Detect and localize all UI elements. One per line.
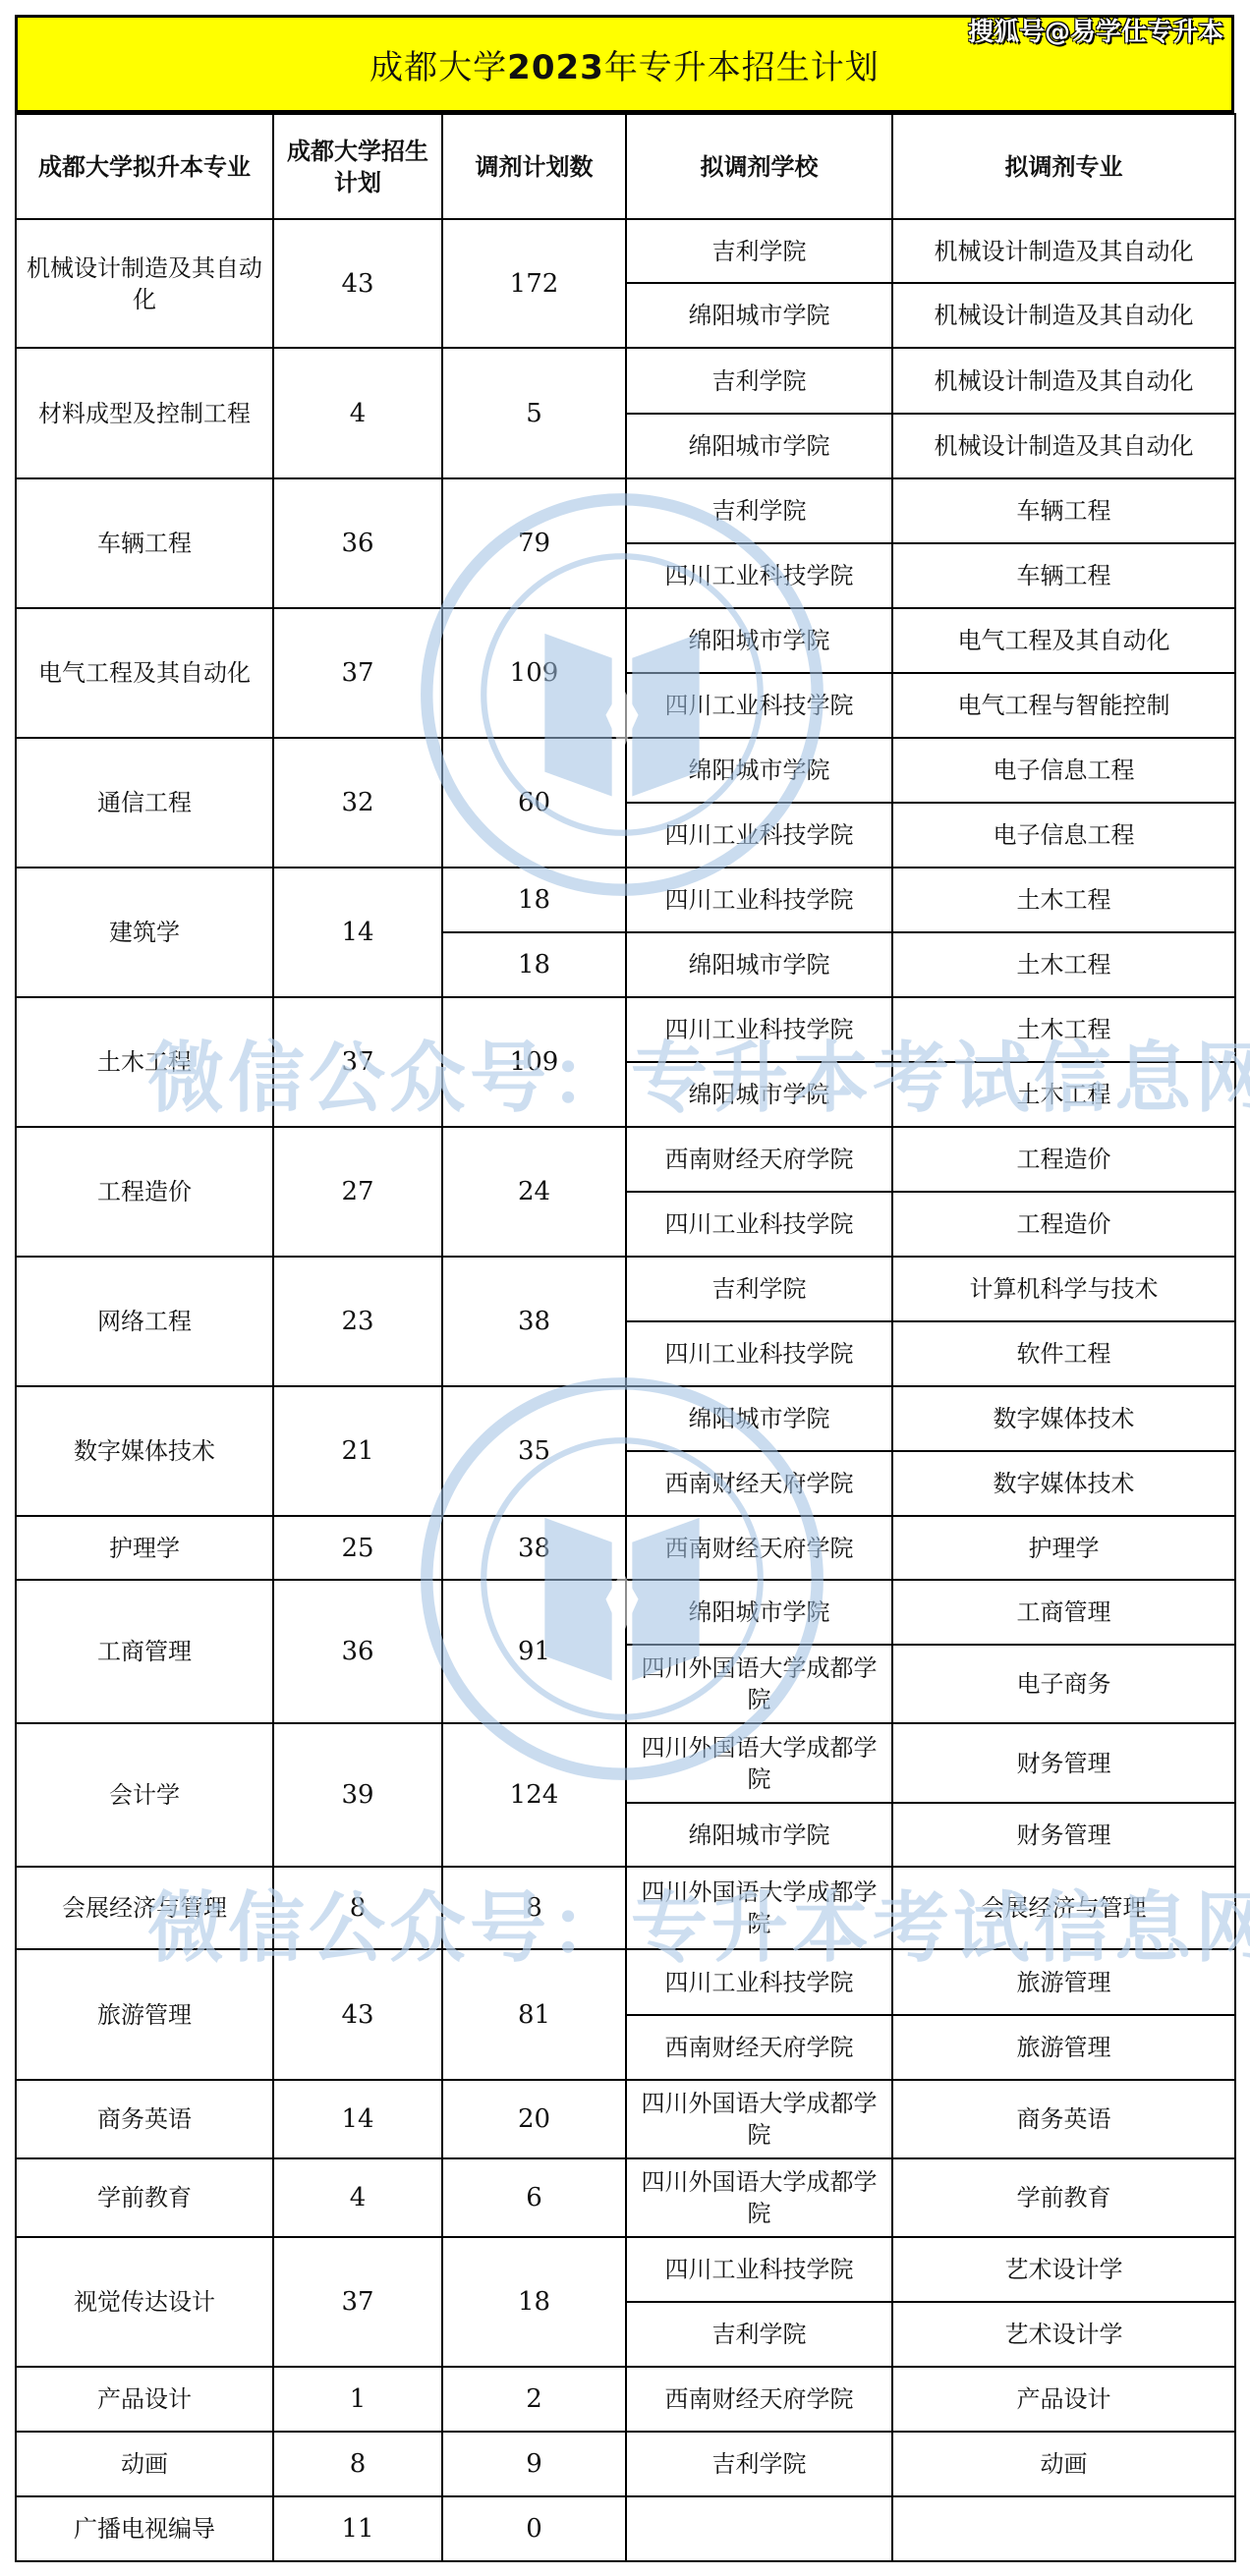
table-row: 会展经济与管理88四川外国语大学成都学院会展经济与管理 (16, 1867, 1235, 1949)
cell-major: 工商管理 (16, 1580, 273, 1723)
cell-school: 绵阳城市学院 (626, 414, 892, 478)
cell-target-major: 会展经济与管理 (892, 1867, 1235, 1949)
cell-school: 四川工业科技学院 (626, 803, 892, 868)
cell-target-major: 机械设计制造及其自动化 (892, 283, 1235, 348)
cell-school: 四川外国语大学成都学院 (626, 2158, 892, 2237)
enrollment-plan-sheet: 成都大学2023年专升本招生计划 搜狐号@易学仕专升本 成都大学拟升本专业 成都… (15, 15, 1234, 2562)
cell-major: 护理学 (16, 1516, 273, 1580)
cell-target-major: 数字媒体技术 (892, 1451, 1235, 1516)
enrollment-table: 成都大学拟升本专业 成都大学招生计划 调剂计划数 拟调剂学校 拟调剂专业 机械设… (15, 113, 1236, 2562)
cell-target-major: 工程造价 (892, 1192, 1235, 1257)
corner-watermark: 搜狐号@易学仕专升本 (968, 12, 1223, 48)
cell-major: 会计学 (16, 1723, 273, 1867)
cell-adjust: 38 (442, 1516, 626, 1580)
cell-plan: 43 (273, 1949, 442, 2080)
cell-target-major: 财务管理 (892, 1723, 1235, 1803)
cell-major: 建筑学 (16, 868, 273, 997)
cell-target-major: 学前教育 (892, 2158, 1235, 2237)
cell-school: 绵阳城市学院 (626, 932, 892, 997)
table-row: 网络工程2338吉利学院计算机科学与技术 (16, 1257, 1235, 1321)
cell-school: 西南财经天府学院 (626, 2367, 892, 2432)
table-row: 工程造价2724西南财经天府学院工程造价 (16, 1127, 1235, 1192)
cell-target-major: 艺术设计学 (892, 2237, 1235, 2302)
cell-adjust: 8 (442, 1867, 626, 1949)
cell-plan: 4 (273, 2158, 442, 2237)
cell-school: 四川工业科技学院 (626, 543, 892, 608)
cell-plan: 37 (273, 997, 442, 1127)
cell-major: 视觉传达设计 (16, 2237, 273, 2367)
table-row: 护理学2538西南财经天府学院护理学 (16, 1516, 1235, 1580)
table-row: 电气工程及其自动化37109绵阳城市学院电气工程及其自动化 (16, 608, 1235, 673)
cell-school: 四川外国语大学成都学院 (626, 1723, 892, 1803)
header-adjust: 调剂计划数 (442, 114, 626, 219)
cell-adjust: 38 (442, 1257, 626, 1386)
header-target-major: 拟调剂专业 (892, 114, 1235, 219)
cell-school: 四川外国语大学成都学院 (626, 2080, 892, 2158)
cell-plan: 1 (273, 2367, 442, 2432)
cell-plan: 4 (273, 348, 442, 478)
cell-school: 吉利学院 (626, 478, 892, 543)
table-row: 会计学39124四川外国语大学成都学院财务管理 (16, 1723, 1235, 1803)
cell-target-major: 产品设计 (892, 2367, 1235, 2432)
cell-adjust: 124 (442, 1723, 626, 1867)
cell-target-major: 机械设计制造及其自动化 (892, 414, 1235, 478)
cell-school: 四川外国语大学成都学院 (626, 1867, 892, 1949)
cell-school: 西南财经天府学院 (626, 2015, 892, 2080)
cell-major: 学前教育 (16, 2158, 273, 2237)
table-body: 机械设计制造及其自动化43172吉利学院机械设计制造及其自动化绵阳城市学院机械设… (16, 219, 1235, 2561)
table-row: 工商管理3691绵阳城市学院工商管理 (16, 1580, 1235, 1645)
cell-school: 四川工业科技学院 (626, 673, 892, 738)
cell-target-major: 数字媒体技术 (892, 1386, 1235, 1451)
cell-target-major: 软件工程 (892, 1321, 1235, 1386)
cell-major: 会展经济与管理 (16, 1867, 273, 1949)
cell-target-major (892, 2496, 1235, 2561)
cell-target-major: 土木工程 (892, 932, 1235, 997)
table-row: 数字媒体技术2135绵阳城市学院数字媒体技术 (16, 1386, 1235, 1451)
table-row: 学前教育46四川外国语大学成都学院学前教育 (16, 2158, 1235, 2237)
cell-school: 绵阳城市学院 (626, 1062, 892, 1127)
cell-target-major: 电气工程与智能控制 (892, 673, 1235, 738)
cell-adjust: 24 (442, 1127, 626, 1257)
table-row: 机械设计制造及其自动化43172吉利学院机械设计制造及其自动化 (16, 219, 1235, 283)
cell-school: 绵阳城市学院 (626, 283, 892, 348)
cell-target-major: 财务管理 (892, 1803, 1235, 1867)
cell-school: 绵阳城市学院 (626, 1580, 892, 1645)
cell-adjust: 79 (442, 478, 626, 608)
cell-school: 四川工业科技学院 (626, 1321, 892, 1386)
cell-target-major: 车辆工程 (892, 543, 1235, 608)
cell-plan: 27 (273, 1127, 442, 1257)
cell-major: 广播电视编导 (16, 2496, 273, 2561)
cell-plan: 8 (273, 1867, 442, 1949)
cell-major: 商务英语 (16, 2080, 273, 2158)
cell-school: 绵阳城市学院 (626, 738, 892, 803)
cell-school: 绵阳城市学院 (626, 1803, 892, 1867)
cell-plan: 36 (273, 1580, 442, 1723)
cell-major: 电气工程及其自动化 (16, 608, 273, 738)
table-row: 产品设计12西南财经天府学院产品设计 (16, 2367, 1235, 2432)
cell-adjust: 9 (442, 2432, 626, 2496)
cell-target-major: 土木工程 (892, 1062, 1235, 1127)
header-school: 拟调剂学校 (626, 114, 892, 219)
cell-plan: 21 (273, 1386, 442, 1516)
table-row: 旅游管理4381四川工业科技学院旅游管理 (16, 1949, 1235, 2015)
table-row: 通信工程3260绵阳城市学院电子信息工程 (16, 738, 1235, 803)
cell-plan: 25 (273, 1516, 442, 1580)
cell-target-major: 电子商务 (892, 1645, 1235, 1723)
cell-target-major: 土木工程 (892, 997, 1235, 1062)
cell-plan: 39 (273, 1723, 442, 1867)
title-prefix: 成都大学 (369, 48, 507, 87)
cell-target-major: 电子信息工程 (892, 738, 1235, 803)
cell-adjust: 60 (442, 738, 626, 868)
cell-school: 绵阳城市学院 (626, 608, 892, 673)
cell-school: 四川工业科技学院 (626, 997, 892, 1062)
cell-major: 车辆工程 (16, 478, 273, 608)
table-row: 广播电视编导110 (16, 2496, 1235, 2561)
table-row: 商务英语1420四川外国语大学成都学院商务英语 (16, 2080, 1235, 2158)
cell-adjust: 6 (442, 2158, 626, 2237)
cell-target-major: 工商管理 (892, 1580, 1235, 1645)
cell-target-major: 护理学 (892, 1516, 1235, 1580)
cell-plan: 8 (273, 2432, 442, 2496)
cell-target-major: 工程造价 (892, 1127, 1235, 1192)
cell-adjust: 109 (442, 997, 626, 1127)
cell-adjust: 18 (442, 932, 626, 997)
title-suffix: 年专升本招生计划 (604, 48, 880, 87)
header-major: 成都大学拟升本专业 (16, 114, 273, 219)
cell-target-major: 机械设计制造及其自动化 (892, 348, 1235, 414)
cell-target-major: 动画 (892, 2432, 1235, 2496)
table-row: 车辆工程3679吉利学院车辆工程 (16, 478, 1235, 543)
cell-major: 材料成型及控制工程 (16, 348, 273, 478)
cell-major: 旅游管理 (16, 1949, 273, 2080)
cell-adjust: 0 (442, 2496, 626, 2561)
cell-school: 吉利学院 (626, 2432, 892, 2496)
cell-plan: 43 (273, 219, 442, 348)
cell-school: 吉利学院 (626, 1257, 892, 1321)
cell-target-major: 电气工程及其自动化 (892, 608, 1235, 673)
cell-major: 机械设计制造及其自动化 (16, 219, 273, 348)
cell-target-major: 土木工程 (892, 868, 1235, 932)
cell-school: 四川外国语大学成都学院 (626, 1645, 892, 1723)
cell-school (626, 2496, 892, 2561)
header-row: 成都大学拟升本专业 成都大学招生计划 调剂计划数 拟调剂学校 拟调剂专业 (16, 114, 1235, 219)
cell-plan: 14 (273, 2080, 442, 2158)
cell-adjust: 109 (442, 608, 626, 738)
cell-school: 吉利学院 (626, 219, 892, 283)
cell-plan: 14 (273, 868, 442, 997)
cell-school: 四川工业科技学院 (626, 1192, 892, 1257)
table-row: 建筑学1418四川工业科技学院土木工程 (16, 868, 1235, 932)
cell-major: 通信工程 (16, 738, 273, 868)
cell-target-major: 商务英语 (892, 2080, 1235, 2158)
cell-adjust: 18 (442, 2237, 626, 2367)
cell-plan: 11 (273, 2496, 442, 2561)
cell-school: 西南财经天府学院 (626, 1451, 892, 1516)
cell-major: 网络工程 (16, 1257, 273, 1386)
table-row: 材料成型及控制工程45吉利学院机械设计制造及其自动化 (16, 348, 1235, 414)
title-bar: 成都大学2023年专升本招生计划 搜狐号@易学仕专升本 (15, 15, 1234, 113)
cell-target-major: 车辆工程 (892, 478, 1235, 543)
cell-plan: 37 (273, 608, 442, 738)
cell-school: 四川工业科技学院 (626, 1949, 892, 2015)
cell-target-major: 旅游管理 (892, 1949, 1235, 2015)
cell-adjust: 20 (442, 2080, 626, 2158)
cell-adjust: 5 (442, 348, 626, 478)
cell-school: 西南财经天府学院 (626, 1516, 892, 1580)
title-year: 2023 (507, 48, 604, 87)
header-plan: 成都大学招生计划 (273, 114, 442, 219)
cell-school: 吉利学院 (626, 2302, 892, 2367)
cell-school: 西南财经天府学院 (626, 1127, 892, 1192)
cell-adjust: 91 (442, 1580, 626, 1723)
cell-target-major: 旅游管理 (892, 2015, 1235, 2080)
cell-major: 工程造价 (16, 1127, 273, 1257)
cell-target-major: 机械设计制造及其自动化 (892, 219, 1235, 283)
cell-plan: 36 (273, 478, 442, 608)
cell-adjust: 35 (442, 1386, 626, 1516)
cell-plan: 37 (273, 2237, 442, 2367)
cell-school: 四川工业科技学院 (626, 2237, 892, 2302)
cell-major: 产品设计 (16, 2367, 273, 2432)
cell-plan: 23 (273, 1257, 442, 1386)
cell-plan: 32 (273, 738, 442, 868)
cell-adjust: 2 (442, 2367, 626, 2432)
cell-target-major: 计算机科学与技术 (892, 1257, 1235, 1321)
table-row: 视觉传达设计3718四川工业科技学院艺术设计学 (16, 2237, 1235, 2302)
cell-target-major: 电子信息工程 (892, 803, 1235, 868)
cell-major: 土木工程 (16, 997, 273, 1127)
table-row: 动画89吉利学院动画 (16, 2432, 1235, 2496)
cell-adjust: 18 (442, 868, 626, 932)
cell-target-major: 艺术设计学 (892, 2302, 1235, 2367)
cell-major: 动画 (16, 2432, 273, 2496)
cell-major: 数字媒体技术 (16, 1386, 273, 1516)
cell-adjust: 172 (442, 219, 626, 348)
cell-school: 吉利学院 (626, 348, 892, 414)
cell-school: 绵阳城市学院 (626, 1386, 892, 1451)
cell-adjust: 81 (442, 1949, 626, 2080)
cell-school: 四川工业科技学院 (626, 868, 892, 932)
table-row: 土木工程37109四川工业科技学院土木工程 (16, 997, 1235, 1062)
page-title: 成都大学2023年专升本招生计划 (369, 40, 880, 88)
